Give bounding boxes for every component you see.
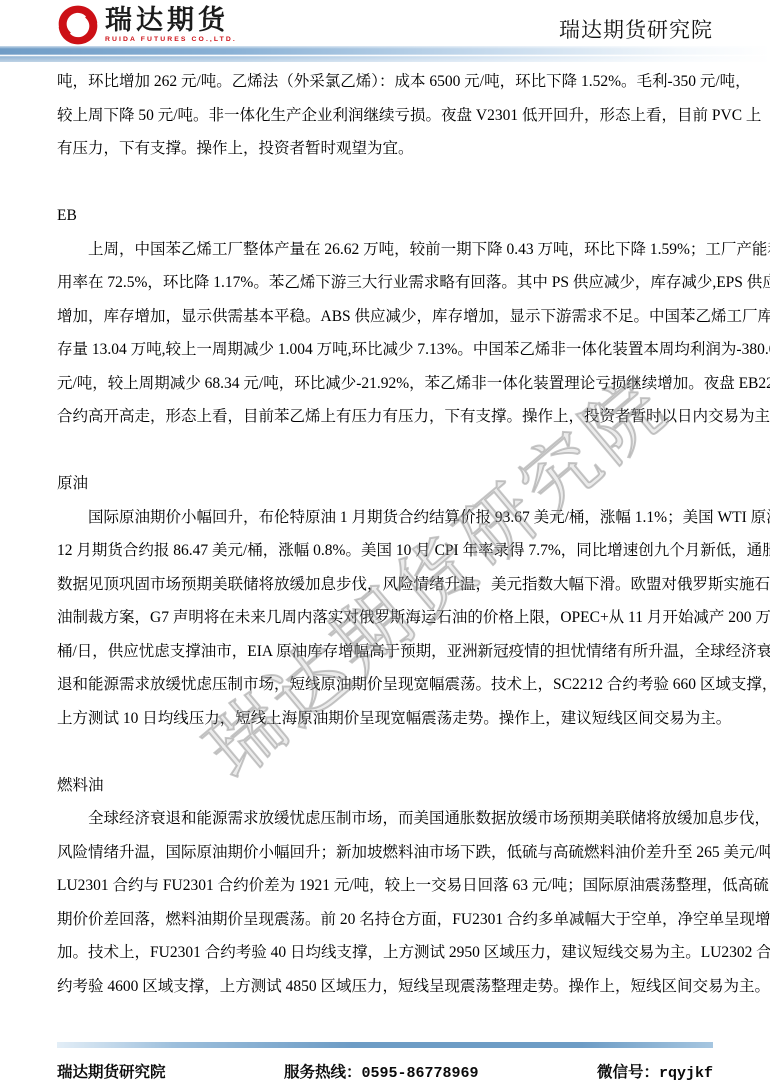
paragraph-line: 期价价差回落，燃料油期价呈现震荡。前 20 名持仓方面，FU2301 合约多单减…: [57, 903, 713, 937]
section-paragraph: 上周，中国苯乙烯工厂整体产量在 26.62 万吨，较前一期下降 0.43 万吨，…: [57, 233, 713, 434]
paragraph-line: 约考验 4600 区域支撑，上方测试 4850 区域压力，短线呈现震荡整理走势。…: [57, 970, 713, 1004]
paragraph-line: 风险情绪升温，国际原油期价小幅回升；新加坡燃料油市场下跌，低硫与高硫燃料油价差升…: [57, 836, 713, 870]
paragraph-line: 上周，中国苯乙烯工厂整体产量在 26.62 万吨，较前一期下降 0.43 万吨，…: [57, 233, 713, 267]
brand-subtitle: RUIDA FUTURES CO.,LTD.: [105, 37, 237, 44]
paragraph-line: 存量 13.04 万吨,较上一周期减少 1.004 万吨,环比减少 7.13%。…: [57, 333, 713, 367]
footer-wechat-label: 微信号：: [597, 1064, 659, 1081]
footer-wechat: 微信号：rqyjkf: [597, 1060, 713, 1082]
paragraph-line: 12 月期货合约报 86.47 美元/桶，涨幅 0.8%。美国 10 月 CPI…: [57, 534, 713, 568]
paragraph-line: 合约高开高走，形态上看，目前苯乙烯上有压力有压力，下有支撑。操作上，投资者暂时以…: [57, 400, 713, 434]
footer-hotline-label: 服务热线：: [284, 1064, 362, 1081]
paragraph-line: 较上周下降 50 元/吨。非一体化生产企业利润继续亏损。夜盘 V2301 低开回…: [57, 99, 713, 133]
company-logo: 瑞达期货 RUIDA FUTURES CO.,LTD.: [57, 4, 237, 46]
section-eb: EB 上周，中国苯乙烯工厂整体产量在 26.62 万吨，较前一期下降 0.43 …: [57, 199, 713, 434]
ruida-logo-icon: [57, 4, 99, 46]
footer-hotline-number: 0595-86778969: [361, 1065, 478, 1082]
footer-wechat-id: rqyjkf: [659, 1065, 713, 1082]
paragraph-line: 吨，环比增加 262 元/吨。乙烯法（外采氯乙烯）：成本 6500 元/吨，环比…: [57, 65, 713, 99]
paragraph-line: 国际原油期价小幅回升，布伦特原油 1 月期货合约结算价报 93.67 美元/桶，…: [57, 501, 713, 535]
brand-name: 瑞达期货: [105, 7, 237, 34]
paragraph-line: 全球经济衰退和能源需求放缓忧虑压制市场，而美国通胀数据放缓市场预期美联储将放缓加…: [57, 802, 713, 836]
paragraph-line: 有压力，下有支撑。操作上，投资者暂时观望为宜。: [57, 132, 713, 166]
footer-row: 瑞达期货研究院 服务热线：0595-86778969 微信号：rqyjkf: [0, 1048, 770, 1082]
paragraph-line: 数据见顶巩固市场预期美联储将放缓加息步伐，风险情绪升温，美元指数大幅下滑。欧盟对…: [57, 568, 713, 602]
paragraph-line: 加。技术上，FU2301 合约考验 40 日均线支撑，上方测试 2950 区域压…: [57, 936, 713, 970]
report-body: 吨，环比增加 262 元/吨。乙烯法（外采氯乙烯）：成本 6500 元/吨，环比…: [0, 65, 770, 1003]
section-paragraph: 国际原油期价小幅回升，布伦特原油 1 月期货合约结算价报 93.67 美元/桶，…: [57, 501, 713, 736]
paragraph-continuation: 吨，环比增加 262 元/吨。乙烯法（外采氯乙烯）：成本 6500 元/吨，环比…: [57, 65, 713, 166]
paragraph-line: 元/吨，较上周期减少 68.34 元/吨，环比减少-21.92%，苯乙烯非一体化…: [57, 367, 713, 401]
section-paragraph: 全球经济衰退和能源需求放缓忧虑压制市场，而美国通胀数据放缓市场预期美联储将放缓加…: [57, 802, 713, 1003]
paragraph-line: 上方测试 10 日均线压力，短线上海原油期价呈现宽幅震荡走势。操作上，建议短线区…: [57, 702, 713, 736]
footer-institute: 瑞达期货研究院: [57, 1060, 166, 1082]
section-fuel-oil: 燃料油 全球经济衰退和能源需求放缓忧虑压制市场，而美国通胀数据放缓市场预期美联储…: [57, 769, 713, 1004]
header-gradient-bar: [0, 46, 770, 62]
header-institute-title: 瑞达期货研究院: [559, 14, 713, 46]
footer: 瑞达期货研究院 服务热线：0595-86778969 微信号：rqyjkf: [0, 1042, 770, 1082]
paragraph-line: LU2301 合约与 FU2301 合约价差为 1921 元/吨，较上一交易日回…: [57, 869, 713, 903]
section-heading: EB: [57, 199, 713, 233]
footer-hotline: 服务热线：0595-86778969: [284, 1060, 479, 1082]
paragraph-line: 桶/日，供应忧虑支撑油市，EIA 原油库存增幅高于预期，亚洲新冠疫情的担忧情绪有…: [57, 635, 713, 669]
section-crude-oil: 原油 国际原油期价小幅回升，布伦特原油 1 月期货合约结算价报 93.67 美元…: [57, 467, 713, 735]
paragraph-line: 油制裁方案，G7 声明将在未来几周内落实对俄罗斯海运石油的价格上限，OPEC+从…: [57, 601, 713, 635]
header: 瑞达期货 RUIDA FUTURES CO.,LTD. 瑞达期货研究院: [0, 0, 770, 46]
brand-text: 瑞达期货 RUIDA FUTURES CO.,LTD.: [105, 7, 237, 44]
paragraph-line: 退和能源需求放缓忧虑压制市场，短线原油期价呈现宽幅震荡。技术上，SC2212 合…: [57, 668, 713, 702]
section-heading: 原油: [57, 467, 713, 501]
paragraph-line: 用率在 72.5%，环比降 1.17%。苯乙烯下游三大行业需求略有回落。其中 P…: [57, 266, 713, 300]
report-page: 瑞达期货 RUIDA FUTURES CO.,LTD. 瑞达期货研究院 瑞达期货…: [0, 0, 770, 1090]
paragraph-line: 增加，库存增加，显示供需基本平稳。ABS 供应减少，库存增加，显示下游需求不足。…: [57, 300, 713, 334]
section-heading: 燃料油: [57, 769, 713, 803]
